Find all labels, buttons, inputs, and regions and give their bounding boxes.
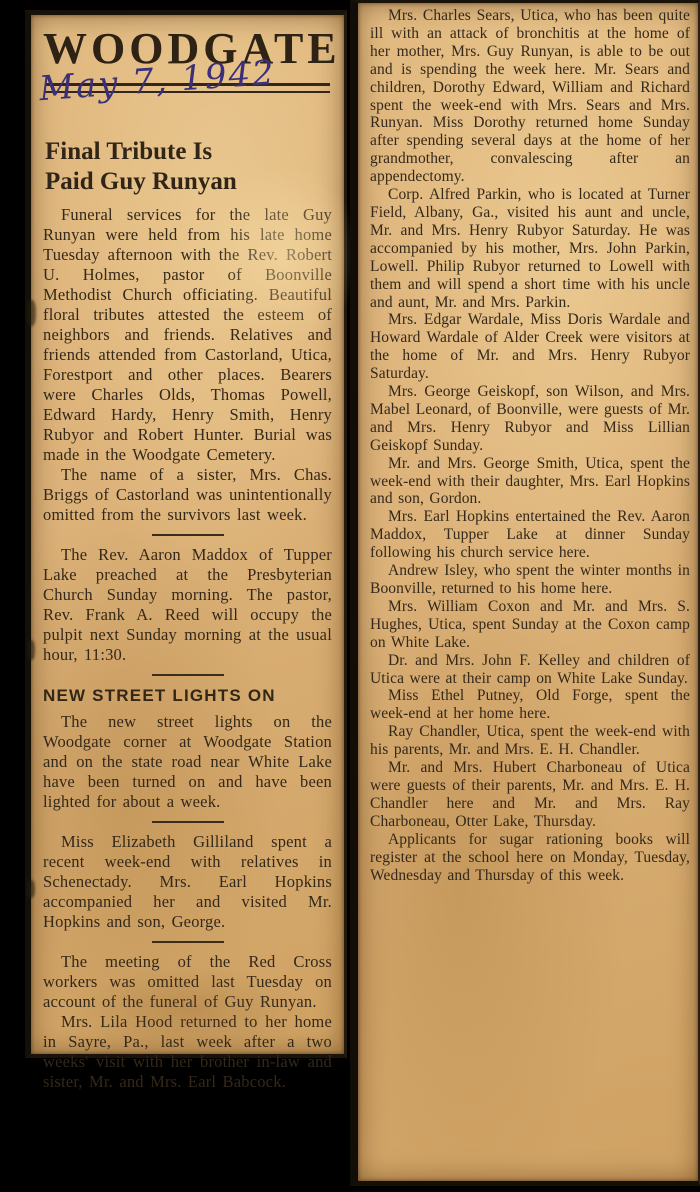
article-paragraph: Mrs. Lila Hood returned to her home in S…	[43, 1012, 332, 1092]
section-divider	[152, 821, 224, 823]
article-paragraph: Mr. and Mrs. George Smith, Utica, spent …	[370, 455, 690, 509]
headline-line-1: Final Tribute Is	[45, 137, 332, 167]
article-paragraph: The name of a sister, Mrs. Chas. Briggs …	[43, 465, 332, 525]
article-paragraph: Mrs. Earl Hopkins entertained the Rev. A…	[370, 508, 690, 562]
article-paragraph: Corp. Alfred Parkin, who is located at T…	[370, 186, 690, 311]
right-newspaper-clipping: Mrs. Charles Sears, Utica, who has been …	[350, 0, 700, 1186]
article-paragraph: Ray Chandler, Utica, spent the week-end …	[370, 723, 690, 759]
ink-smudge	[26, 880, 35, 898]
article-paragraph: Funeral services for the late Guy Runyan…	[43, 205, 332, 465]
article-paragraph: The new street lights on the Woodgate co…	[43, 712, 332, 812]
article-headline: Final Tribute Is Paid Guy Runyan	[45, 137, 332, 197]
headline-line-2: Paid Guy Runyan	[45, 167, 332, 197]
article-paragraph: Mrs. George Geiskopf, son Wilson, and Mr…	[370, 383, 690, 455]
ink-smudge	[27, 640, 35, 660]
article-paragraph: Miss Elizabeth Gilliland spent a recent …	[43, 832, 332, 932]
article-paragraph: Miss Ethel Putney, Old Forge, spent the …	[370, 687, 690, 723]
article-paragraph: The meeting of the Red Cross workers was…	[43, 952, 332, 1012]
article-paragraph: Mrs. William Coxon and Mr. and Mrs. S. H…	[370, 598, 690, 652]
ink-smudge	[26, 300, 36, 326]
article-paragraph: Mr. and Mrs. Hubert Charboneau of Utica …	[370, 759, 690, 831]
left-newspaper-clipping: WOODGATE May 7, 1942 Final Tribute Is Pa…	[25, 10, 347, 1058]
article-paragraph: Andrew Isley, who spent the winter month…	[370, 562, 690, 598]
masthead: WOODGATE May 7, 1942	[43, 23, 332, 131]
section-divider	[152, 941, 224, 943]
article-paragraph: Mrs. Edgar Wardale, Miss Doris Wardale a…	[370, 311, 690, 383]
article-paragraph: The Rev. Aaron Maddox of Tupper Lake pre…	[43, 545, 332, 665]
article-paragraph: Dr. and Mrs. John F. Kelley and children…	[370, 652, 690, 688]
subheadline: NEW STREET LIGHTS ON	[43, 686, 332, 706]
article-paragraph: Mrs. Charles Sears, Utica, who has been …	[370, 7, 690, 186]
section-divider	[152, 674, 224, 676]
article-paragraph: Applicants for sugar rationing books wil…	[370, 831, 690, 885]
section-divider	[152, 534, 224, 536]
